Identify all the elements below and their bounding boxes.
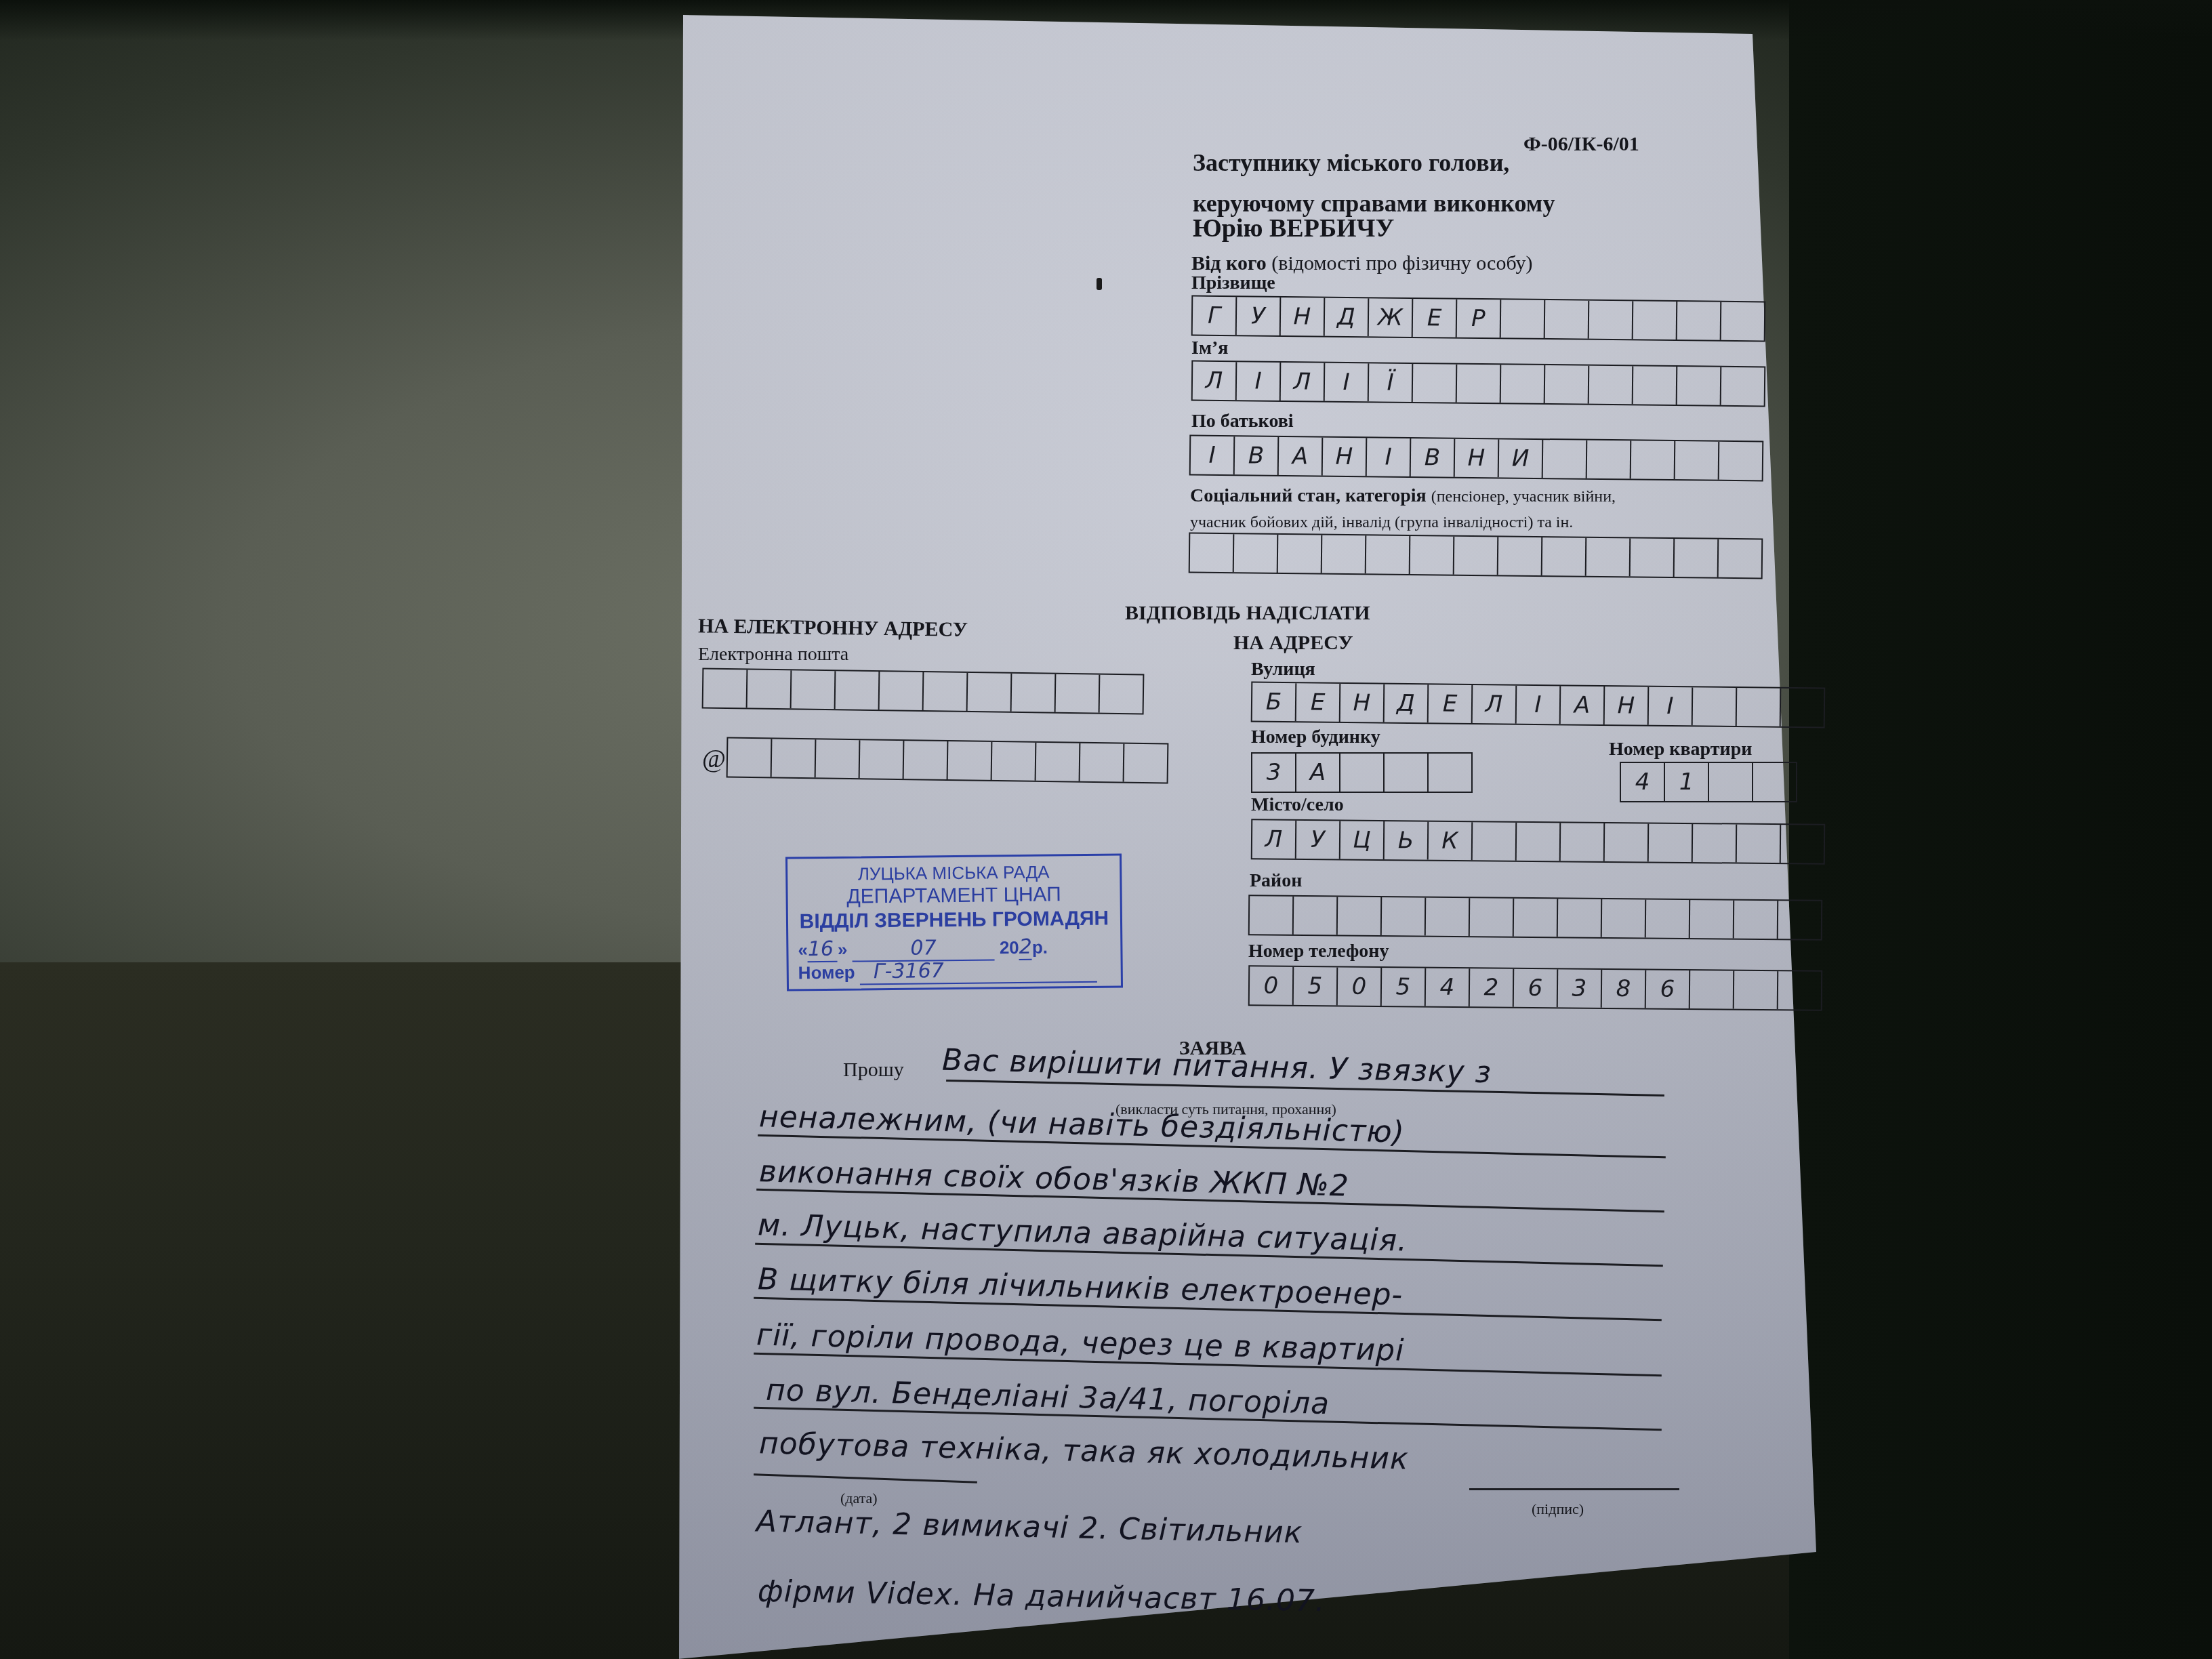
addressee-line-1: Заступнику міського голови, [1193,150,1509,175]
char-cell[interactable]: В [1235,436,1279,475]
char-cell[interactable] [816,739,861,778]
char-cell[interactable]: Б [1252,683,1297,722]
char-cell[interactable] [1234,534,1279,573]
apartment-number-label: Номер квартири [1609,739,1752,760]
stamp-year-unit: р. [1032,937,1048,958]
char-cell[interactable] [1587,441,1632,479]
addressee-name: Юрію ВЕРБИЧУ [1193,216,1394,241]
email-section-title: НА ЕЛЕКТРОННУ АДРЕСУ [698,615,968,642]
email-field-row-2[interactable] [726,737,1169,783]
stamp-year-prefix: 20 [1000,937,1019,958]
background-dark-area [1789,0,2212,1659]
phone-label: Номер телефону [1248,941,1389,962]
char-cell[interactable] [772,739,817,777]
char-cell[interactable] [1250,896,1294,935]
char-cell[interactable] [1429,754,1471,792]
social-status-heading: Соціальний стан, категорія (пенсіонер, у… [1190,485,1616,507]
char-cell[interactable]: А [1561,686,1605,724]
char-cell[interactable] [1631,538,1675,577]
char-cell[interactable] [1366,535,1411,574]
char-cell[interactable] [1753,763,1796,801]
char-cell[interactable] [1080,743,1125,782]
char-cell[interactable]: Л [1252,820,1296,859]
char-cell[interactable]: 8 [1602,970,1646,1008]
char-cell[interactable]: 4 [1426,968,1470,1007]
char-cell[interactable] [1675,539,1719,577]
char-cell[interactable] [1778,971,1821,1010]
char-cell[interactable] [703,669,748,708]
form-code: Ф-06/ІК-6/01 [1523,133,1639,156]
char-cell[interactable] [1413,364,1458,403]
char-cell[interactable]: Н [1323,438,1368,476]
statement-prompt: Прошу [843,1059,904,1082]
char-cell[interactable]: Н [1455,439,1500,478]
postal-section-title: НА АДРЕСУ [1233,632,1353,655]
char-cell[interactable]: Е [1413,299,1458,337]
char-cell[interactable]: І [1325,363,1370,402]
street-label: Вулиця [1251,659,1315,680]
social-status-label: Соціальний стан, категорія [1190,485,1427,506]
char-cell[interactable] [1338,897,1382,935]
char-cell[interactable] [747,670,792,708]
char-cell[interactable] [1100,675,1143,714]
char-cell[interactable] [1545,300,1590,339]
char-cell[interactable] [1693,824,1737,863]
char-cell[interactable] [880,672,924,710]
char-cell[interactable]: Ж [1369,298,1414,337]
char-cell[interactable] [1517,823,1561,861]
char-cell[interactable]: 4 [1621,763,1665,801]
stamp-month: 07 [852,935,994,962]
char-cell[interactable] [1426,898,1470,937]
char-cell[interactable]: 1 [1665,763,1709,801]
char-cell[interactable] [1322,535,1367,574]
char-cell[interactable] [1633,301,1678,340]
first-name-field[interactable]: ЛІЛІЇ [1191,361,1766,407]
apartment-number-field[interactable]: 41 [1620,762,1797,802]
char-cell[interactable]: К [1429,822,1473,861]
char-cell[interactable] [1675,441,1720,480]
district-field[interactable] [1248,895,1822,940]
char-cell[interactable]: 6 [1514,969,1558,1008]
char-cell[interactable]: 0 [1250,966,1294,1005]
char-cell[interactable] [1709,763,1753,801]
city-label: Місто/село [1251,794,1344,816]
char-cell[interactable]: Л [1473,685,1517,724]
char-cell[interactable] [1545,365,1590,404]
char-cell[interactable]: Р [1457,300,1502,338]
char-cell[interactable] [1690,970,1734,1009]
stamp-year-suffix: 2 [1019,935,1032,960]
reply-title: ВІДПОВІДЬ НАДІСЛАТИ [1125,602,1370,625]
char-cell[interactable]: У [1296,821,1340,859]
char-cell[interactable] [1693,687,1738,726]
house-number-field[interactable]: 3А [1251,752,1473,793]
char-cell[interactable] [1542,537,1587,576]
char-cell[interactable]: Д [1325,298,1370,337]
char-cell[interactable] [1385,754,1429,792]
char-cell[interactable]: В [1411,438,1456,477]
social-status-note-1: (пенсіонер, учасник війни, [1431,488,1616,506]
char-cell[interactable]: У [1237,297,1282,335]
email-field-row-1[interactable] [702,668,1145,714]
stamp-number: Г-3167 [860,958,1097,985]
signature-rule [1469,1488,1679,1490]
char-cell[interactable]: 2 [1470,968,1514,1007]
social-status-note-2: учасник бойових дій, інвалід (група інва… [1190,514,1573,532]
char-cell[interactable] [992,742,1037,781]
street-field[interactable]: БЕНДЕЛІАНІ [1251,682,1826,729]
char-cell[interactable] [1410,536,1455,575]
char-cell[interactable]: Е [1429,684,1473,723]
house-number-label: Номер будинку [1251,726,1380,748]
from-heading: Від кого (відомості про фізичну особу) [1191,252,1533,275]
char-cell[interactable] [1649,823,1693,862]
char-cell[interactable]: 3 [1252,754,1296,792]
char-cell[interactable] [1340,754,1385,792]
char-cell[interactable]: Ц [1340,821,1385,859]
char-cell[interactable]: І [1649,687,1694,726]
char-cell[interactable]: Л [1281,363,1326,401]
char-cell[interactable] [1056,674,1101,713]
char-cell[interactable] [948,741,993,780]
char-cell[interactable]: 0 [1338,967,1382,1006]
char-cell[interactable]: Е [1296,683,1341,722]
char-cell[interactable] [1734,901,1778,939]
char-cell[interactable] [1586,538,1631,577]
char-cell[interactable] [1561,823,1605,861]
stamp-day: 16 [808,937,838,962]
char-cell[interactable] [1734,971,1778,1010]
city-field[interactable]: ЛУЦЬК [1251,819,1825,864]
char-cell[interactable]: Н [1605,687,1650,725]
char-cell[interactable] [1677,302,1722,340]
char-cell[interactable] [792,670,836,709]
char-cell[interactable]: Н [1281,298,1326,336]
registration-stamp: ЛУЦЬКА МІСЬКА РАДА ДЕПАРТАМЕНТ ЦНАП ВІДД… [785,853,1123,991]
char-cell[interactable] [1631,441,1676,479]
char-cell[interactable] [1036,743,1081,781]
char-cell[interactable] [1543,440,1588,478]
char-cell[interactable] [1737,825,1781,863]
char-cell[interactable] [1721,302,1765,341]
char-cell[interactable] [1514,899,1558,937]
char-cell[interactable] [1457,365,1502,403]
ink-mark [1097,278,1102,290]
char-cell[interactable]: Д [1385,684,1429,723]
char-cell[interactable]: І [1237,362,1282,401]
char-cell[interactable]: І [1367,438,1412,476]
stamp-line-2: ДЕПАРТАМЕНТ ЦНАП [787,882,1120,909]
char-cell[interactable] [1677,367,1722,405]
char-cell[interactable] [1737,688,1782,726]
char-cell[interactable] [1473,822,1517,861]
char-cell[interactable]: Г [1193,297,1237,335]
char-cell[interactable] [1605,823,1649,862]
char-cell[interactable]: 3 [1558,969,1602,1008]
patronymic-label: По батькові [1191,411,1294,432]
addressee-line-2: керуючому справами виконкому [1193,191,1555,216]
char-cell[interactable] [1646,899,1690,938]
char-cell[interactable]: 6 [1646,970,1690,1008]
stamp-line-3: ВІДДІЛ ЗВЕРНЕНЬ ГРОМАДЯН [788,907,1120,933]
char-cell[interactable] [1781,689,1824,727]
char-cell[interactable]: Н [1340,684,1385,722]
char-cell[interactable] [836,671,880,710]
surname-label: Прізвище [1191,272,1275,294]
char-cell[interactable] [728,738,773,777]
char-cell[interactable]: Ї [1369,363,1414,402]
email-label: Електронна пошта [698,644,848,665]
char-cell[interactable] [1719,442,1763,480]
char-cell[interactable] [1589,301,1634,340]
char-cell[interactable]: 5 [1382,968,1426,1006]
phone-field[interactable]: 0505426386 [1248,965,1822,1010]
char-cell[interactable]: Ь [1385,821,1429,860]
from-label: Від кого [1191,252,1267,274]
char-cell[interactable] [904,741,949,779]
char-cell[interactable] [1501,300,1546,338]
char-cell[interactable] [1719,539,1762,578]
char-cell[interactable] [860,740,905,779]
char-cell[interactable] [1781,825,1824,863]
char-cell[interactable]: А [1296,754,1340,792]
char-cell[interactable] [1382,897,1426,936]
char-cell[interactable] [924,672,968,711]
char-cell[interactable]: І [1191,436,1235,475]
social-status-field[interactable] [1189,533,1763,579]
stamp-number-row: Номер Г-3167 [798,957,1121,985]
char-cell[interactable] [1602,899,1646,938]
stamp-line-1: ЛУЦЬКА МІСЬКА РАДА [787,861,1120,885]
char-cell[interactable] [1454,537,1499,575]
surname-field[interactable]: ГУНДЖЕР [1191,295,1766,342]
char-cell[interactable] [1278,535,1323,573]
char-cell[interactable]: 5 [1294,967,1338,1006]
char-cell[interactable] [1498,537,1543,575]
char-cell[interactable] [1294,897,1338,935]
char-cell[interactable] [1690,900,1734,939]
char-cell[interactable]: І [1517,686,1561,724]
date-caption: (дата) [840,1490,878,1507]
char-cell[interactable] [1558,899,1602,937]
district-label: Район [1250,870,1302,892]
char-cell[interactable] [1470,898,1514,937]
char-cell[interactable] [1501,365,1546,403]
at-symbol: @ [702,744,726,774]
first-name-label: Ім’я [1191,337,1228,359]
char-cell[interactable]: Л [1193,362,1237,401]
char-cell[interactable]: А [1279,437,1324,476]
char-cell[interactable] [1589,366,1634,405]
char-cell[interactable] [1012,674,1057,712]
stamp-number-label: Номер [798,962,855,983]
char-cell[interactable] [1633,366,1678,405]
char-cell[interactable]: И [1499,439,1544,478]
char-cell[interactable] [968,673,1012,712]
patronymic-field[interactable]: ІВАНІВНИ [1189,435,1764,482]
char-cell[interactable] [1190,534,1235,573]
char-cell[interactable] [1124,744,1168,783]
char-cell[interactable] [1778,901,1821,939]
from-note: (відомості про фізичну особу) [1271,252,1532,274]
signature-caption: (підпис) [1532,1500,1584,1518]
char-cell[interactable] [1721,367,1765,406]
